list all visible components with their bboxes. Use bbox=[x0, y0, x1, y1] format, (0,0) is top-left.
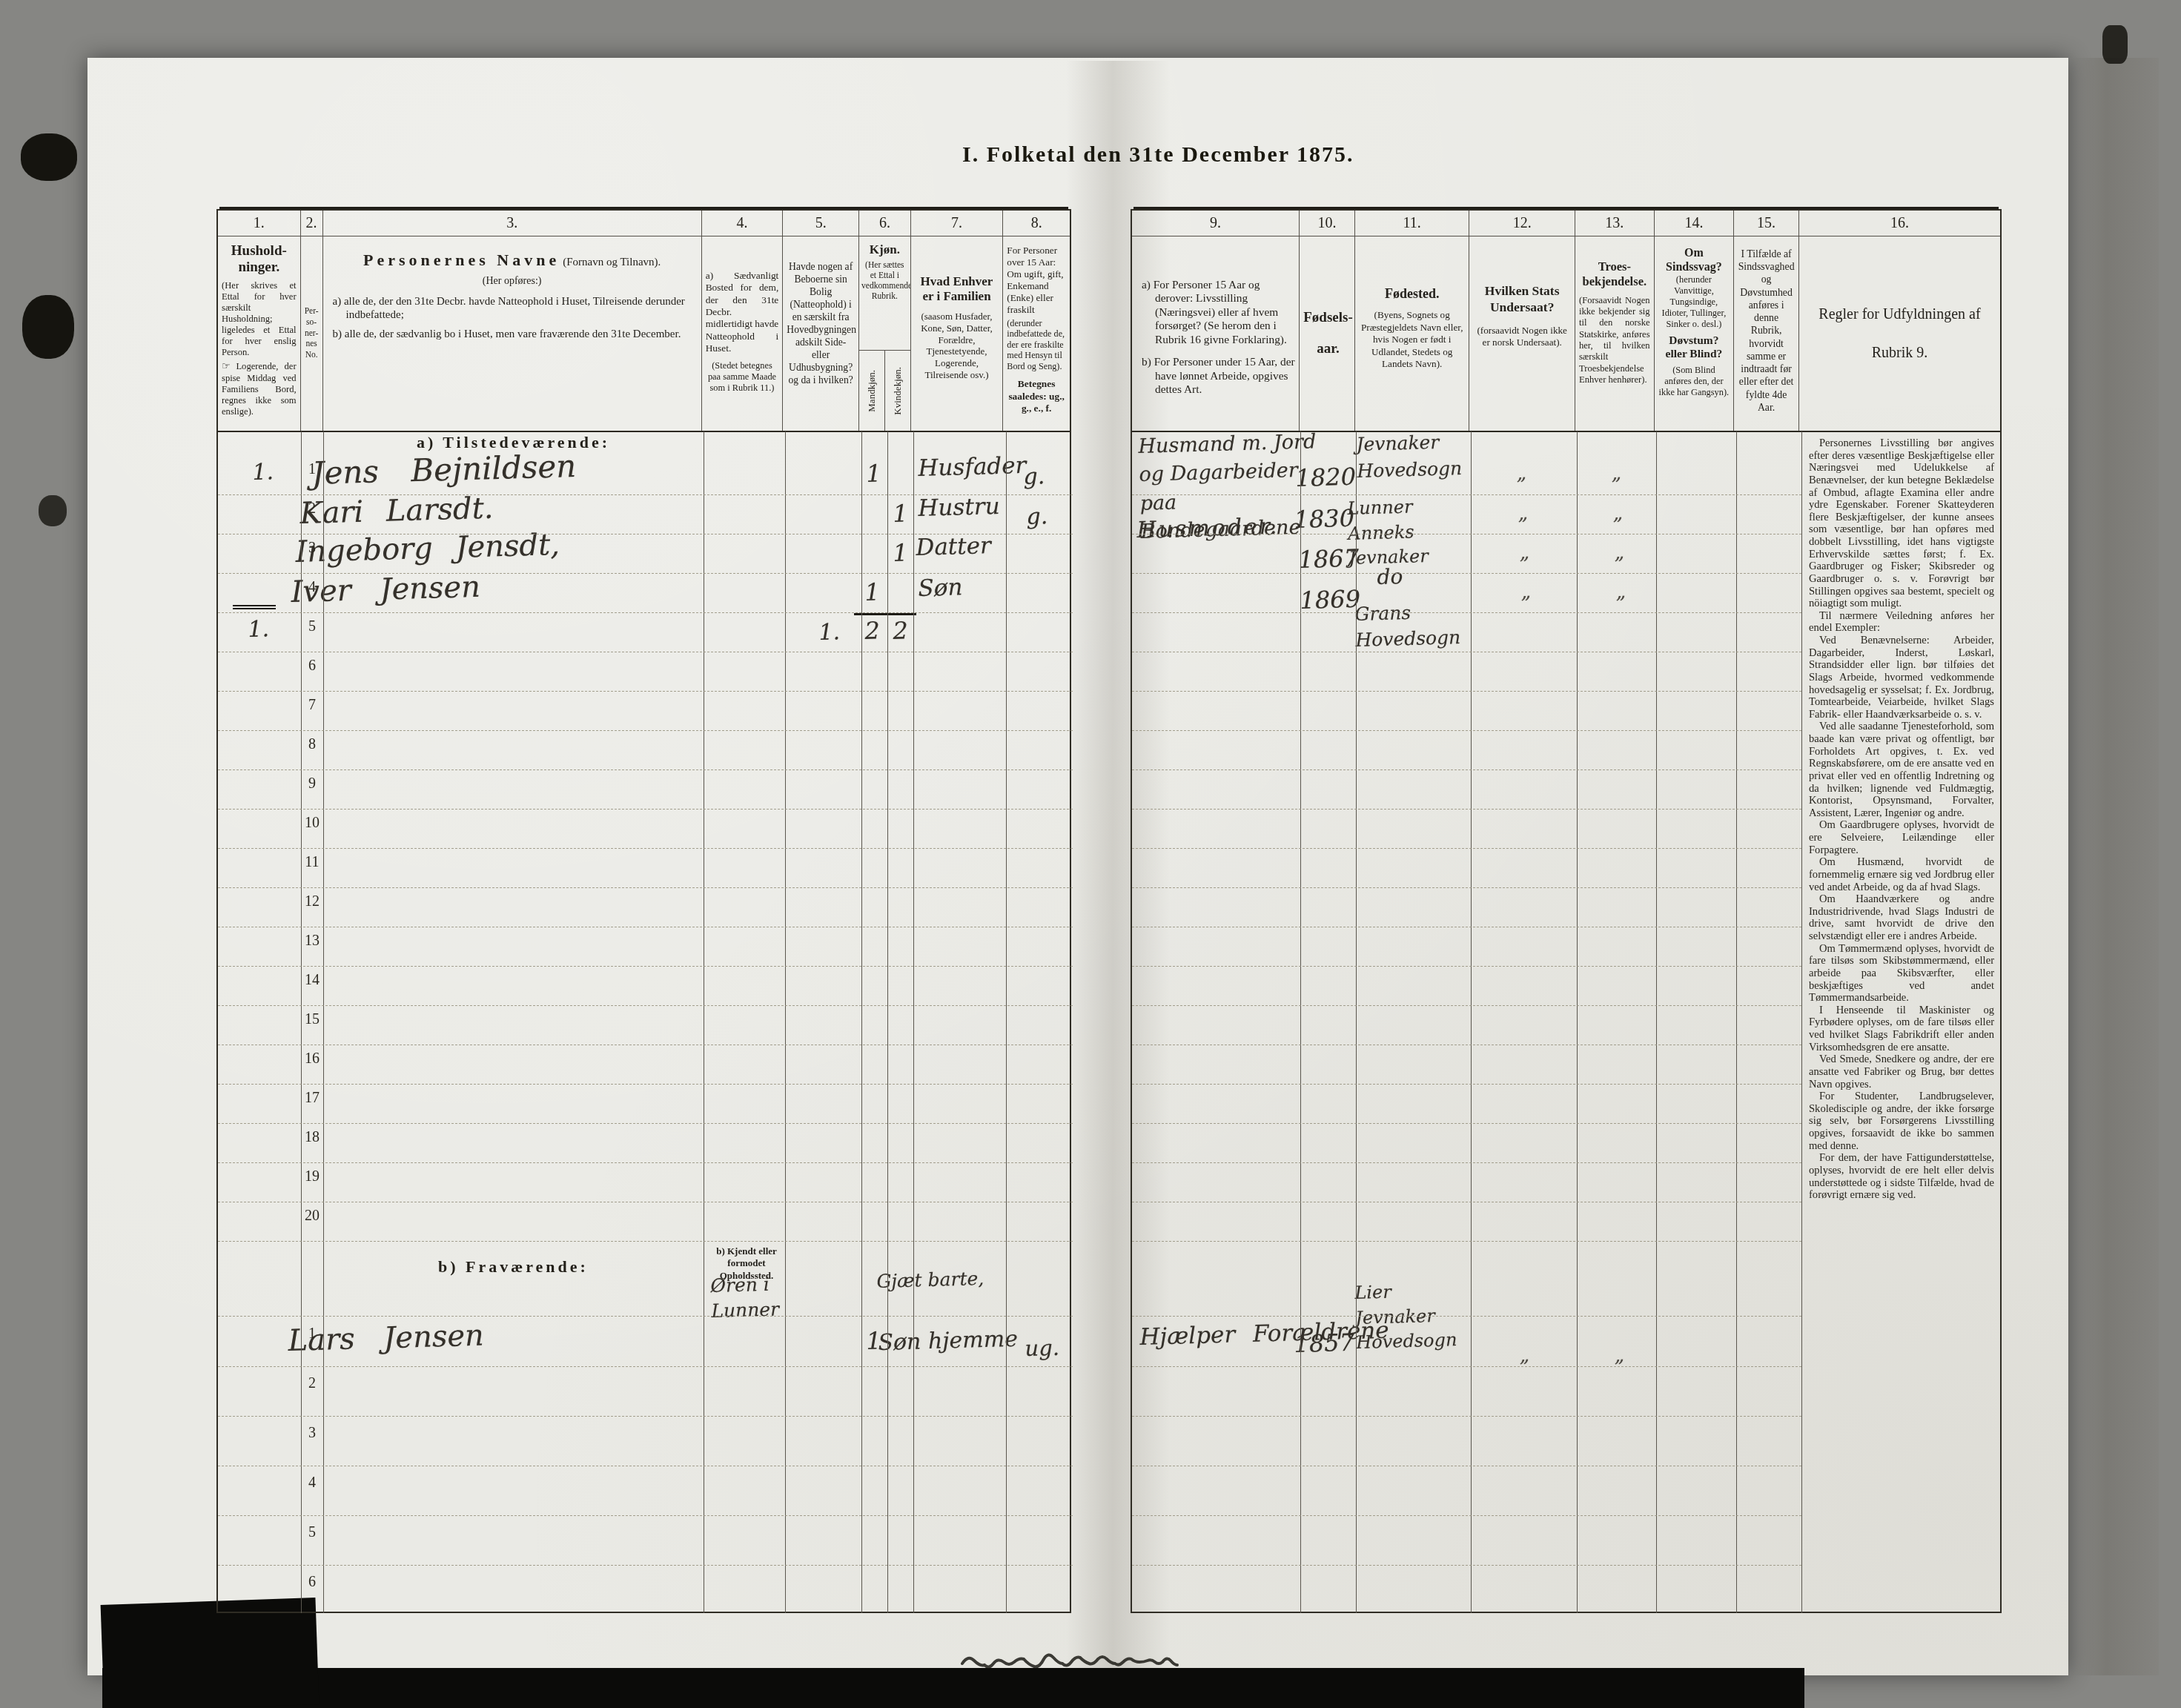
column-rule bbox=[861, 431, 862, 1613]
household-number-entry: 1. bbox=[248, 616, 270, 643]
column-rule bbox=[1006, 431, 1007, 1613]
column-rule bbox=[1356, 431, 1357, 1613]
ink-blot bbox=[21, 133, 77, 181]
header-occupation: a) For Personer 15 Aar og derover: Livss… bbox=[1132, 236, 1300, 431]
occupation-entry: Husmoder. bbox=[1136, 514, 1280, 543]
header-households: Hushold-ninger. (Her skrives et Ettal fo… bbox=[218, 236, 301, 431]
family-role-entry: Søn bbox=[918, 574, 963, 602]
row-rule bbox=[1132, 691, 1801, 692]
row-rule bbox=[1132, 1123, 1801, 1124]
col-number: 5. bbox=[783, 211, 859, 236]
female-tick: 1 bbox=[893, 499, 908, 528]
row-rule bbox=[1132, 1366, 1801, 1367]
row-rule bbox=[1132, 1202, 1801, 1202]
row-rule bbox=[1132, 966, 1801, 967]
header-onset: I Tilfælde af Sindssvaghed og Døvstumhed… bbox=[1734, 236, 1799, 431]
household-tally-rule bbox=[233, 605, 276, 606]
header-family-role: Hvad Enhver er i Familien (saasom Husfad… bbox=[911, 236, 1004, 431]
row-rule bbox=[218, 1045, 1073, 1045]
column-rule bbox=[1300, 431, 1301, 1613]
row-rule bbox=[218, 1416, 1073, 1417]
header-rules: Regler for Udfyldningen af Rubrik 9. bbox=[1799, 236, 2000, 431]
ditto-mark: „ bbox=[1520, 581, 1531, 603]
row-number: 17 bbox=[301, 1090, 323, 1107]
ink-blot bbox=[2102, 25, 2128, 64]
male-tick: 1 bbox=[864, 577, 880, 606]
row-rule bbox=[1132, 1466, 1801, 1466]
margin-annotation: Gjæt barte, bbox=[876, 1268, 984, 1292]
header-marital-status: For Personer over 15 Aar: Om ugift, gift… bbox=[1003, 236, 1070, 431]
person-name-entry: Kari Larsdt. bbox=[299, 491, 494, 531]
birthplace-entry: do bbox=[1377, 564, 1403, 589]
row-rule bbox=[218, 1466, 1073, 1466]
row-rule bbox=[218, 1005, 1073, 1006]
row-number: 20 bbox=[301, 1208, 323, 1225]
column-rule bbox=[1736, 431, 1737, 1613]
header-names: Personernes Navne (Fornavn og Tilnavn). … bbox=[323, 236, 702, 431]
column-rule bbox=[323, 431, 324, 1613]
birthplace-entry: Lunner Anneks Jevnaker bbox=[1347, 493, 1475, 571]
header-citizenship: Hvilken Stats Undersaat? (forsaavidt Nog… bbox=[1469, 236, 1575, 431]
right-table-body: Personernes Livsstilling bør angives eft… bbox=[1132, 431, 2000, 1613]
pointing-hand-icon: ☞ bbox=[222, 361, 230, 371]
rules-text: Personernes Livsstilling bør angives eft… bbox=[1809, 437, 1994, 1202]
col-number: 11. bbox=[1355, 211, 1469, 236]
ditto-mark: „ bbox=[1615, 581, 1626, 603]
birthplace-entry: Jevnaker Hovedsogn bbox=[1356, 428, 1476, 484]
column-rule bbox=[887, 431, 888, 1613]
row-rule bbox=[1132, 1241, 1801, 1242]
row-rule bbox=[1132, 887, 1801, 888]
header-usual-residence: a) Sædvanligt Bosted for dem, der den 31… bbox=[702, 236, 784, 431]
household-number-entry: 1. bbox=[252, 459, 274, 486]
rules-paragraph: Personernes Livsstilling bør angives eft… bbox=[1809, 437, 1994, 610]
row-number: 4 bbox=[301, 1474, 323, 1492]
row-rule bbox=[218, 1162, 1073, 1163]
rules-paragraph: Ved Benævnelserne: Arbeider, Dagarbeider… bbox=[1809, 635, 1994, 721]
left-header-row: Hushold-ninger. (Her skrives et Ettal fo… bbox=[218, 236, 1070, 432]
col-number: 1. bbox=[218, 211, 301, 236]
row-number: 1 bbox=[301, 1325, 323, 1343]
rules-paragraph: Om Haandværkere og andre Industridrivend… bbox=[1809, 893, 1994, 943]
section-b-label: b) Fraværende: bbox=[323, 1257, 704, 1277]
col-number: 15. bbox=[1734, 211, 1799, 236]
row-number: 2 bbox=[301, 1375, 323, 1392]
ditto-mark: „ bbox=[1612, 503, 1623, 525]
row-rule bbox=[218, 1123, 1073, 1124]
subheader-female: Kvindekjøn. bbox=[885, 351, 910, 431]
scan-edge-corner bbox=[101, 1598, 320, 1708]
row-number: 2 bbox=[301, 500, 323, 517]
right-page: 9. 10. 11. 12. 13. 14. 15. 16. a) For Pe… bbox=[1131, 209, 2002, 1613]
column-rule bbox=[913, 431, 914, 1613]
subheader-male: Mandkjøn. bbox=[859, 351, 885, 431]
row-number: 5 bbox=[301, 1524, 323, 1541]
row-number: 6 bbox=[301, 1574, 323, 1591]
row-rule bbox=[218, 887, 1073, 888]
column-rule bbox=[704, 431, 704, 1613]
family-role-entry: Husfader bbox=[918, 452, 1027, 482]
birth-year-entry: 1869 bbox=[1300, 585, 1360, 615]
left-column-numbers: 1. 2. 3. 4. 5. 6. 7. 8. bbox=[218, 211, 1070, 236]
row-number: 15 bbox=[301, 1011, 323, 1028]
right-header-row: a) For Personer 15 Aar og derover: Livss… bbox=[1132, 236, 2000, 432]
ditto-mark: „ bbox=[1519, 1345, 1529, 1367]
birthplace-entry: Grans Hovedsogn bbox=[1354, 599, 1467, 653]
row-rule bbox=[218, 1241, 1073, 1242]
col-number: 2. bbox=[301, 211, 323, 236]
row-rule bbox=[1132, 848, 1801, 849]
row-rule bbox=[218, 769, 1073, 770]
column-rule bbox=[1801, 431, 1802, 1613]
right-column-numbers: 9. 10. 11. 12. 13. 14. 15. 16. bbox=[1132, 211, 2000, 236]
ditto-mark: „ bbox=[1614, 1345, 1624, 1367]
row-number: 1 bbox=[301, 461, 323, 478]
scanned-census-page: { "title": "I. Folketal den 31te Decembe… bbox=[0, 0, 2181, 1708]
family-role-entry: Søn hjemme bbox=[878, 1326, 1018, 1356]
rules-paragraph: Om Tømmermænd oplyses, hvorvidt de fare … bbox=[1809, 943, 1994, 1004]
row-number: 10 bbox=[301, 815, 323, 832]
female-tick: 1 bbox=[893, 538, 908, 567]
row-rule bbox=[1132, 573, 1801, 574]
col-number: 13. bbox=[1575, 211, 1655, 236]
row-rule bbox=[218, 691, 1073, 692]
row-rule bbox=[218, 534, 1073, 534]
row-number: 5 bbox=[301, 618, 323, 635]
status-entry: g. bbox=[1023, 463, 1045, 490]
row-rule bbox=[218, 1084, 1073, 1085]
row-rule bbox=[1132, 1162, 1801, 1163]
ditto-mark: „ bbox=[1611, 463, 1621, 485]
ditto-mark: „ bbox=[1518, 503, 1528, 525]
female-tally: 2 bbox=[893, 616, 908, 645]
row-rule bbox=[218, 848, 1073, 849]
rules-paragraph: I Henseende til Maskinister og Fyrbødere… bbox=[1809, 1004, 1994, 1054]
row-rule bbox=[218, 494, 1073, 495]
row-rule bbox=[1132, 927, 1801, 927]
page-title: I. Folketal den 31te December 1875. bbox=[962, 142, 1354, 168]
row-rule bbox=[218, 652, 1073, 652]
ink-scribble bbox=[961, 1650, 1205, 1680]
row-number: 3 bbox=[301, 540, 323, 557]
left-page: 1. 2. 3. 4. 5. 6. 7. 8. Hushold-ninger. … bbox=[216, 209, 1071, 1613]
birth-year-entry: 1857 bbox=[1294, 1328, 1354, 1358]
row-rule bbox=[218, 809, 1073, 810]
header-person-no: Per-so-ner-nes No. bbox=[301, 236, 323, 431]
row-rule bbox=[218, 612, 1073, 613]
row-rule bbox=[1132, 730, 1801, 731]
header-birth-year: Fødsels-aar. bbox=[1300, 236, 1355, 431]
ditto-mark: „ bbox=[1614, 542, 1624, 564]
row-number: 9 bbox=[301, 775, 323, 792]
row-rule bbox=[218, 1366, 1073, 1367]
ink-blot bbox=[22, 295, 74, 359]
row-rule bbox=[218, 1565, 1073, 1566]
row-rule bbox=[1132, 1005, 1801, 1006]
col-number: 8. bbox=[1003, 211, 1070, 236]
row-rule bbox=[218, 1316, 1073, 1317]
rules-paragraph: Om Husmænd, hvorvidt de fornemmelig ernæ… bbox=[1809, 856, 1994, 893]
person-name-entry: Jens Bejnildsen bbox=[311, 448, 577, 491]
header-sex: Kjøn. (Her sættes et Ettal i vedkommende… bbox=[859, 236, 911, 431]
row-number: 3 bbox=[301, 1425, 323, 1442]
header-creed: Troes-bekjendelse. (Forsaavidt Nogen ikk… bbox=[1575, 236, 1655, 431]
birth-year-entry: 1830 bbox=[1294, 504, 1354, 534]
row-rule bbox=[1132, 652, 1801, 652]
rules-paragraph: Om Gaardbrugere oplyses, hvorvidt de ere… bbox=[1809, 819, 1994, 856]
row-rule bbox=[1132, 612, 1801, 613]
sex-tally-rule bbox=[854, 613, 916, 615]
row-rule bbox=[1132, 769, 1801, 770]
column-rule bbox=[1577, 431, 1578, 1613]
tally-entry: 1. bbox=[818, 619, 841, 646]
rules-paragraph: Ved alle saadanne Tjenesteforhold, som b… bbox=[1809, 721, 1994, 819]
col-number: 12. bbox=[1469, 211, 1575, 236]
row-rule bbox=[1132, 1515, 1801, 1516]
column-rule bbox=[785, 431, 786, 1613]
rules-paragraph: For Studenter, Landbrugselever, Skoledis… bbox=[1809, 1090, 1994, 1152]
birth-year-entry: 1820 bbox=[1295, 463, 1356, 492]
col-number: 9. bbox=[1132, 211, 1300, 236]
row-rule bbox=[1132, 534, 1801, 534]
row-rule bbox=[1132, 1316, 1801, 1317]
row-rule bbox=[1132, 1045, 1801, 1045]
row-number: 4 bbox=[301, 579, 323, 596]
column-rule bbox=[1471, 431, 1472, 1613]
rules-paragraph: For dem, der have Fattigunderstøttelse, … bbox=[1809, 1152, 1994, 1202]
col-number: 3. bbox=[323, 211, 702, 236]
rules-paragraph: Til nærmere Veiledning anføres her endel… bbox=[1809, 610, 1994, 635]
row-rule bbox=[1132, 1416, 1801, 1417]
column-rule bbox=[1656, 431, 1657, 1613]
ditto-mark: „ bbox=[1519, 542, 1529, 564]
row-rule bbox=[218, 573, 1073, 574]
right-page-edge-shade bbox=[2071, 58, 2159, 1675]
row-number: 8 bbox=[301, 736, 323, 753]
family-role-entry: Hustru bbox=[918, 493, 1000, 522]
male-tick: 1 bbox=[866, 459, 881, 488]
family-role-entry: Datter bbox=[916, 532, 991, 561]
header-disability: Om Sindssvag? (herunder Vanvittige, Tung… bbox=[1655, 236, 1735, 431]
ink-blot bbox=[39, 495, 67, 526]
col-number: 7. bbox=[911, 211, 1004, 236]
row-rule bbox=[218, 966, 1073, 967]
row-number: 12 bbox=[301, 893, 323, 910]
row-number: 7 bbox=[301, 697, 323, 714]
row-number: 16 bbox=[301, 1050, 323, 1067]
row-number: 18 bbox=[301, 1129, 323, 1146]
birthplace-entry: Lier Jevnaker Hovedsogn bbox=[1354, 1279, 1446, 1356]
row-rule bbox=[1132, 1084, 1801, 1085]
row-number: 11 bbox=[301, 854, 323, 871]
row-rule bbox=[218, 1515, 1073, 1516]
header-outbuilding: Havde nogen af Beboerne sin Bolig (Natte… bbox=[783, 236, 859, 431]
status-entry: ug. bbox=[1025, 1335, 1059, 1361]
row-rule bbox=[218, 927, 1073, 927]
header-birthplace: Fødested. (Byens, Sognets og Præstegjeld… bbox=[1355, 236, 1469, 431]
col-number: 14. bbox=[1655, 211, 1735, 236]
row-number: 19 bbox=[301, 1168, 323, 1185]
row-number: 13 bbox=[301, 933, 323, 950]
col-number: 16. bbox=[1799, 211, 2000, 236]
rules-paragraph: Ved Smede, Snedkere og andre, der ere an… bbox=[1809, 1053, 1994, 1090]
male-tally: 2 bbox=[864, 616, 880, 645]
row-rule bbox=[1132, 1565, 1801, 1566]
row-rule bbox=[1132, 809, 1801, 810]
left-table-body: a) Tilstedeværende: b) Fraværende: b) Kj… bbox=[218, 431, 1070, 1613]
row-number: 6 bbox=[301, 658, 323, 675]
ditto-mark: „ bbox=[1516, 463, 1526, 485]
row-rule bbox=[218, 1202, 1073, 1202]
row-rule bbox=[1132, 494, 1801, 495]
status-entry: g. bbox=[1026, 503, 1048, 530]
row-rule bbox=[218, 730, 1073, 731]
col-number: 10. bbox=[1300, 211, 1355, 236]
col-number: 6. bbox=[859, 211, 911, 236]
row-number: 14 bbox=[301, 972, 323, 989]
col-number: 4. bbox=[702, 211, 784, 236]
scan-edge-band bbox=[102, 1668, 1804, 1708]
